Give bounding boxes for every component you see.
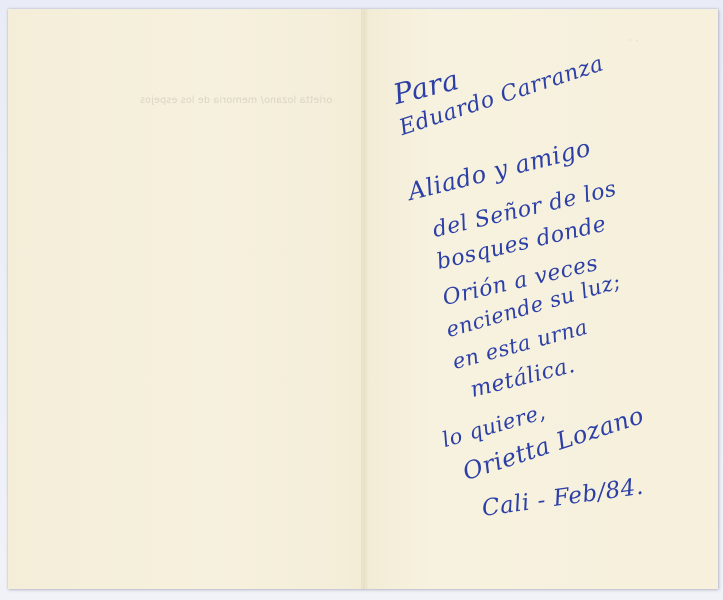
- corner-pencil-mark: ‧‧ ‐: [628, 36, 654, 46]
- bleed-through-title: orietta lozano/ memoria de los espejos: [116, 95, 356, 106]
- left-page: orietta lozano/ memoria de los espejos: [8, 9, 362, 589]
- spine-shadow: [363, 9, 369, 589]
